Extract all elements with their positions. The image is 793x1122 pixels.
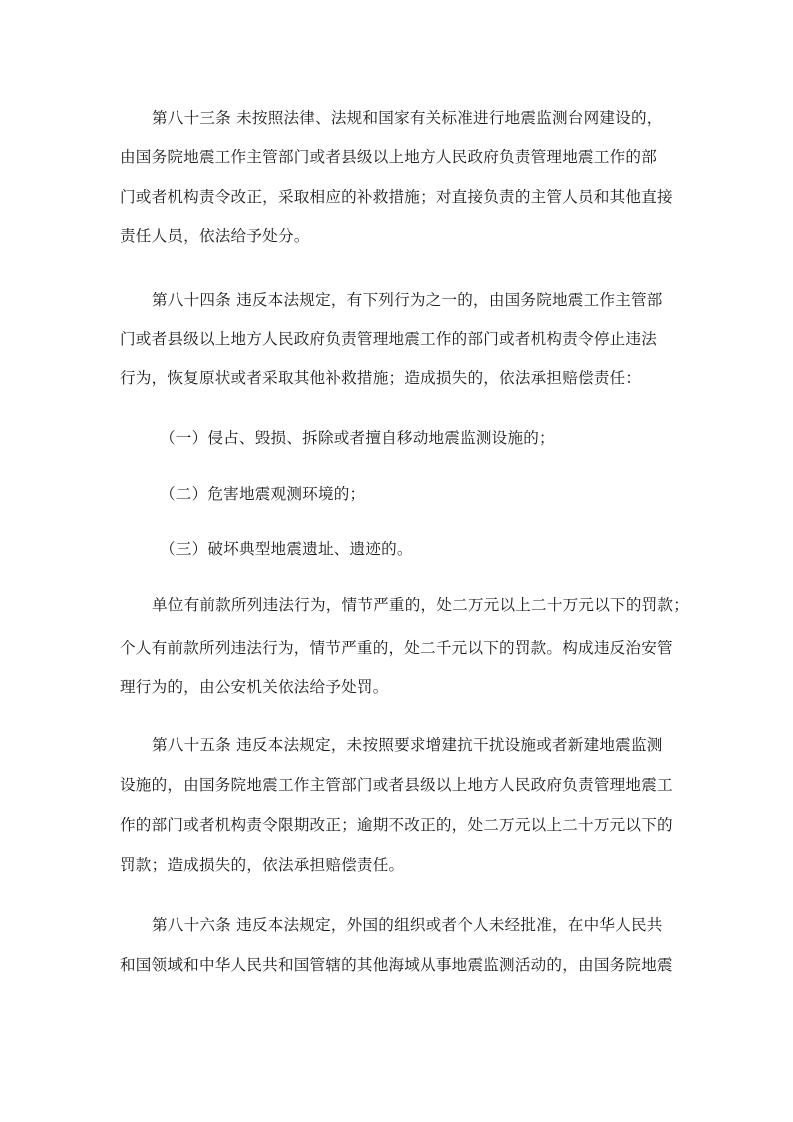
text-line: 罚款；造成损失的，依法承担赔偿责任。 — [120, 854, 680, 876]
text-line: 责任人员，依法给予处分。 — [120, 225, 680, 247]
text-line: 设施的，由国务院地震工作主管部门或者县级以上地方人民政府负责管理地震工 — [120, 774, 680, 796]
text-line: 第八十五条 违反本法规定，未按照要求增建抗干扰设施或者新建地震监测 — [152, 734, 712, 756]
text-line: 和国领域和中华人民共和国管辖的其他海域从事地震监测活动的，由国务院地震 — [120, 954, 680, 976]
text-line: 单位有前款所列违法行为，情节严重的，处二万元以上二十万元以下的罚款； — [152, 594, 712, 616]
list-item: （三）破坏典型地震遗址、遗迹的。 — [160, 538, 720, 560]
text-line: 个人有前款所列违法行为，情节严重的，处二千元以下的罚款。构成违反治安管 — [120, 637, 680, 659]
text-line: 门或者机构责令改正，采取相应的补救措施；对直接负责的主管人员和其他直接 — [120, 186, 680, 208]
text-line: 行为，恢复原状或者采取其他补救措施；造成损失的，依法承担赔偿责任： — [120, 367, 680, 389]
text-line: 由国务院地震工作主管部门或者县级以上地方人民政府负责管理地震工作的部 — [120, 146, 680, 168]
text-line: 作的部门或者机构责令限期改正；逾期不改正的，处二万元以上二十万元以下的 — [120, 814, 680, 836]
list-item: （一）侵占、毁损、拆除或者擅自移动地震监测设施的； — [160, 427, 720, 449]
text-line: 第八十四条 违反本法规定，有下列行为之一的，由国务院地震工作主管部 — [152, 289, 712, 311]
document-page: 第八十三条 未按照法律、法规和国家有关标准进行地震监测台网建设的， 由国务院地震… — [0, 0, 793, 1122]
text-line: 门或者县级以上地方人民政府负责管理地震工作的部门或者机构责令停止违法 — [120, 328, 680, 350]
text-line: 理行为的，由公安机关依法给予处罚。 — [120, 676, 680, 698]
text-line: 第八十六条 违反本法规定，外国的组织或者个人未经批准，在中华人民共 — [152, 914, 712, 936]
text-line: 第八十三条 未按照法律、法规和国家有关标准进行地震监测台网建设的， — [152, 107, 712, 129]
list-item: （二）危害地震观测环境的； — [160, 483, 720, 505]
